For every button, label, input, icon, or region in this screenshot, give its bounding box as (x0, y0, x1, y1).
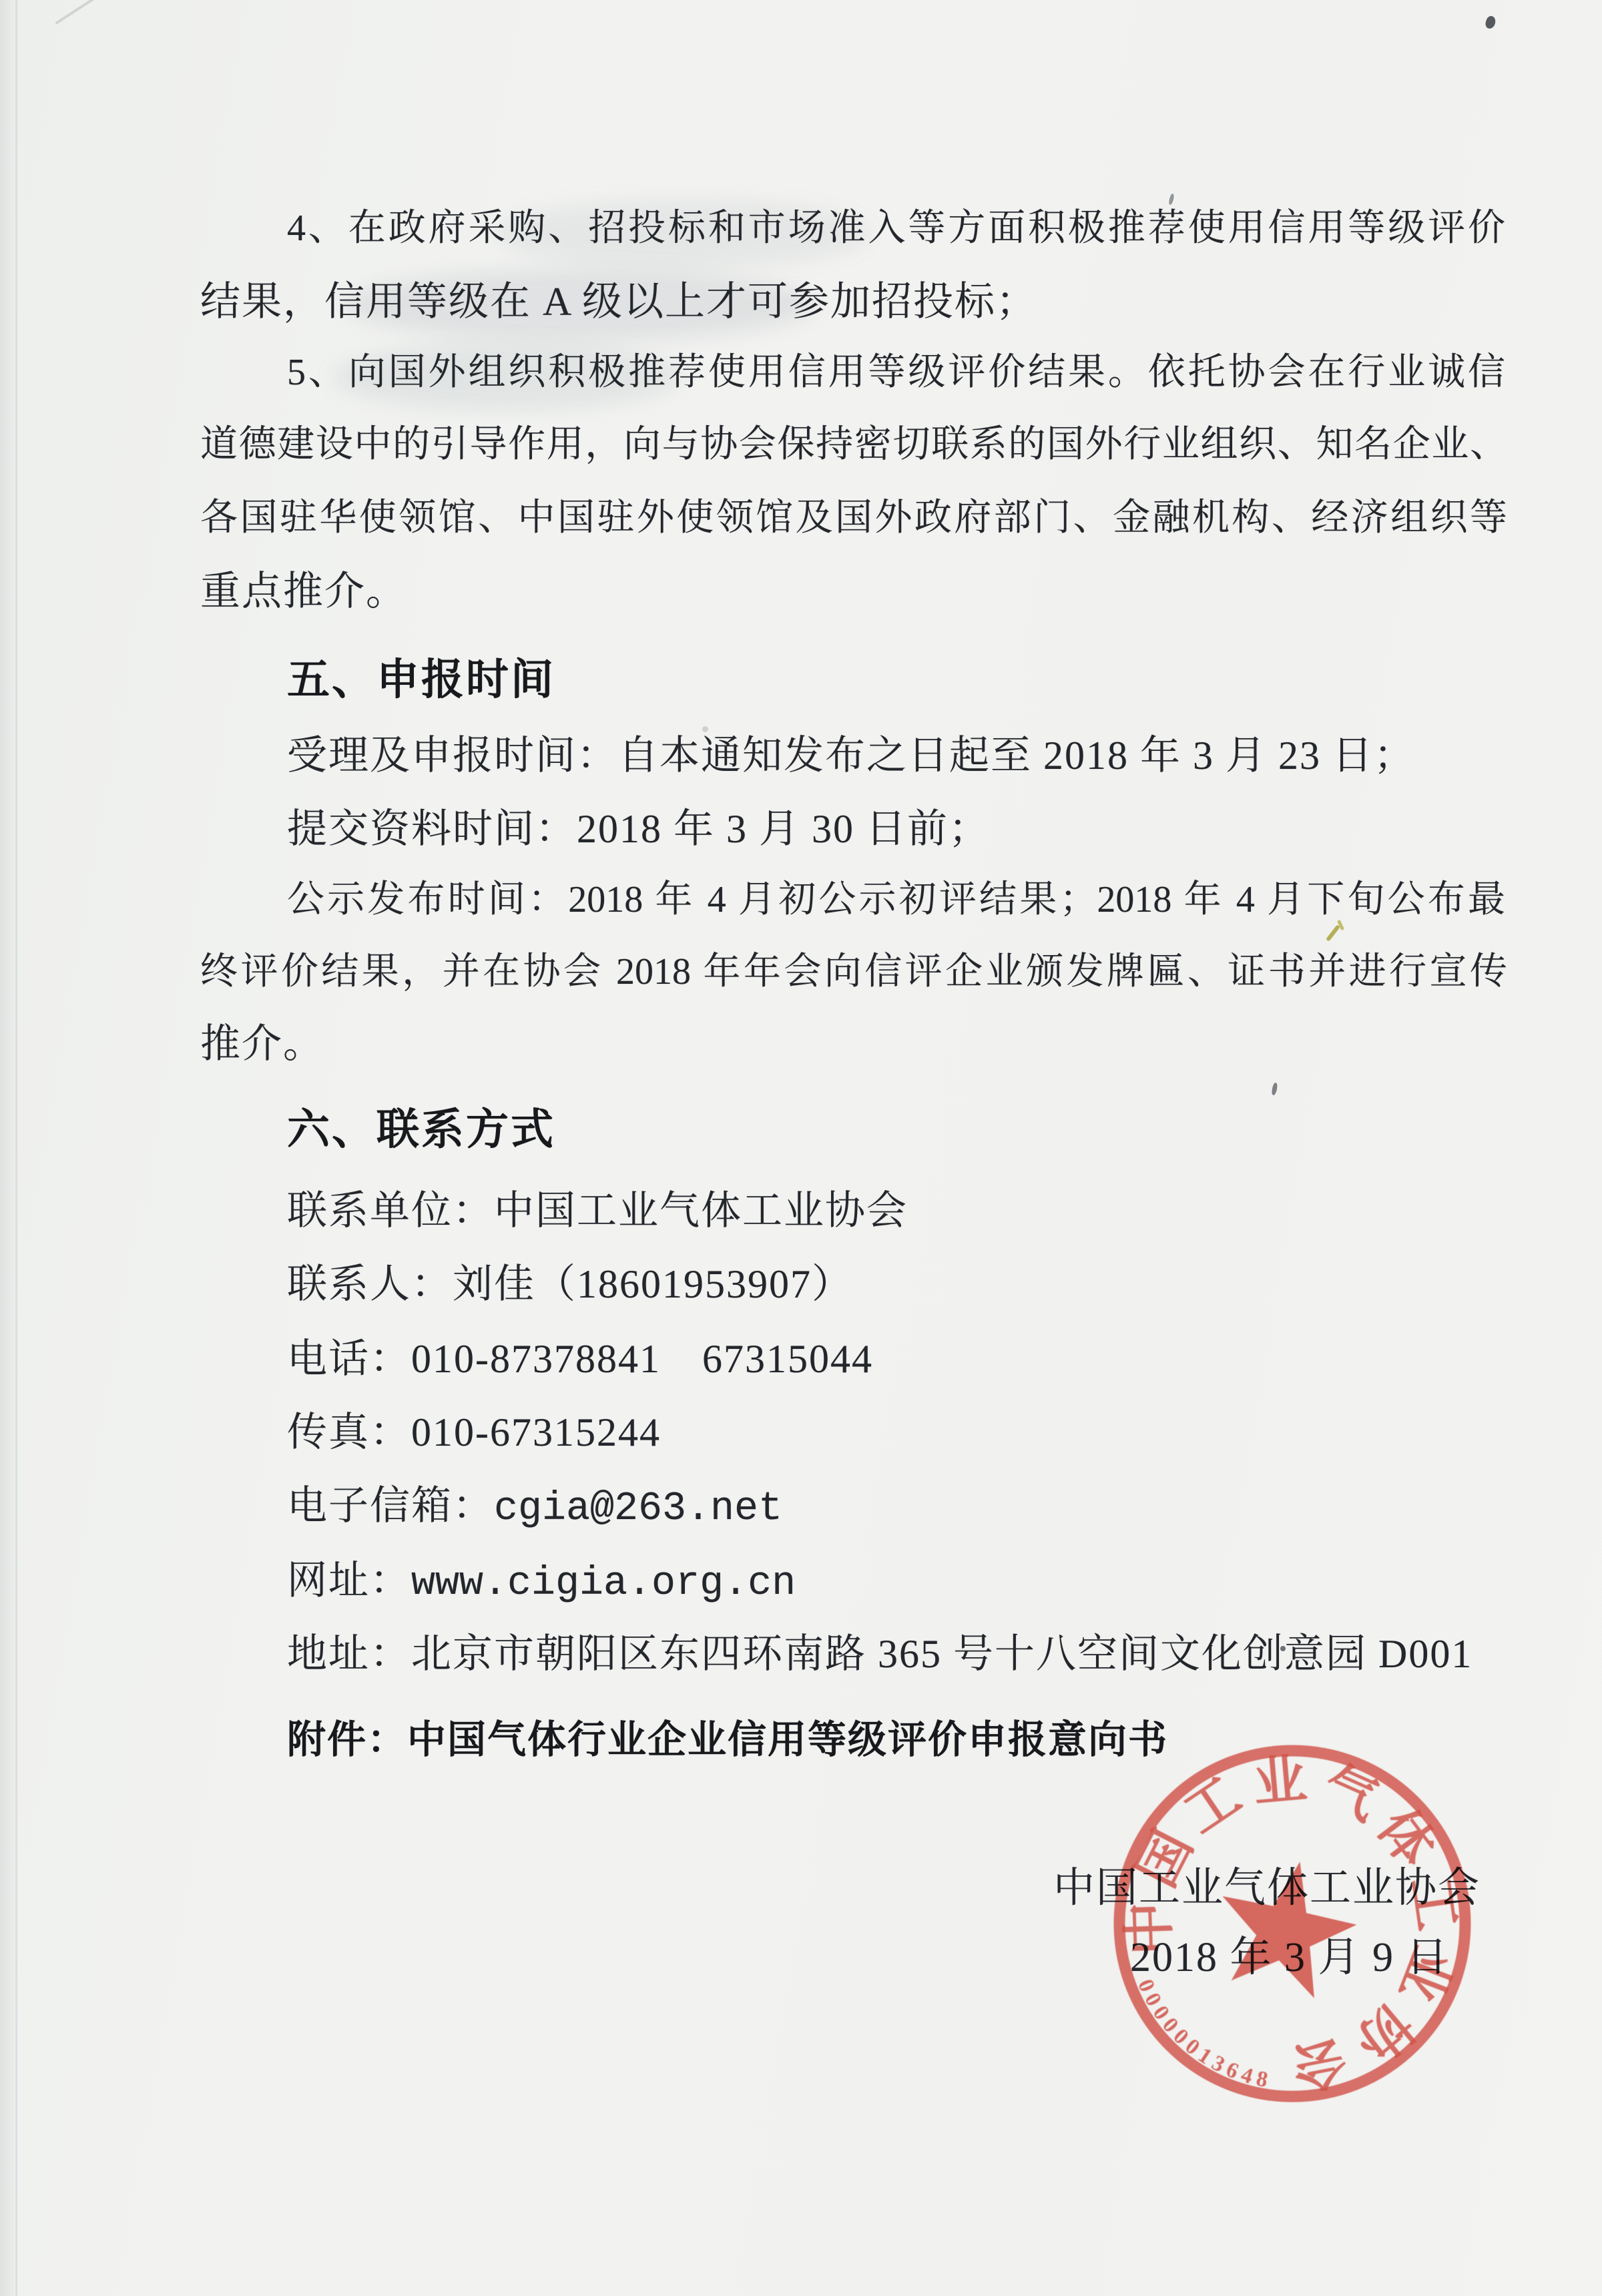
section5-line2: 提交资料时间：2018 年 3 月 30 日前； (287, 806, 990, 852)
contact-address: 地址：北京市朝阳区东四环南路 365 号十八空间文化创意园 D001 (287, 1631, 1473, 1677)
scan-edge-line (15, 0, 17, 2296)
contact-phone: 电话：010-87378841 67315044 (287, 1336, 873, 1382)
scan-speck (1484, 15, 1497, 30)
contact-fax: 传真：010-67315244 (287, 1410, 661, 1456)
svg-text:0: 0 (1180, 2034, 1204, 2060)
scan-yellow-mark (1326, 924, 1340, 942)
scan-corner-mark (55, 0, 96, 25)
svg-text:0: 0 (1157, 2013, 1183, 2037)
contact-email: 电子信箱：cgia@263.net (287, 1483, 782, 1532)
svg-text:协: 协 (1343, 1993, 1423, 2074)
stamp-ring (1119, 1751, 1465, 2096)
contact-website-label: 网址： (287, 1558, 411, 1603)
contact-fax-value: 010-67315244 (411, 1410, 661, 1454)
scan-speck (1168, 194, 1175, 206)
svg-text:工: 工 (1174, 1767, 1252, 1845)
contact-email-label: 电子信箱： (287, 1484, 494, 1528)
svg-text:0: 0 (1148, 2002, 1174, 2024)
contact-website: 网址：www.cigia.org.cn (287, 1558, 796, 1607)
svg-text:6: 6 (1223, 2058, 1242, 2084)
section5-line3: 公示发布时间：2018 年 4 月初公示初评结果；2018 年 4 月下旬公布最 (287, 878, 1505, 921)
contact-email-value: cgia@263.net (494, 1486, 782, 1532)
contact-person: 联系人：刘佳（18601953907） (287, 1261, 853, 1308)
section5-line1: 受理及申报时间：自本通知发布之日起至 2018 年 3 月 23 日； (287, 733, 1415, 779)
contact-phone-value: 010-87378841 67315044 (411, 1337, 873, 1381)
scan-edge-left (0, 0, 15, 2296)
contact-unit-label: 联系单位： (287, 1189, 494, 1233)
contact-website-value: www.cigia.org.cn (411, 1561, 796, 1607)
paragraph5-line4: 重点推介。 (200, 569, 407, 615)
paragraph5-line2: 道德建设中的引导作用，向与协会保持密切联系的国外行业组织、知名企业、 (200, 423, 1507, 466)
signature-date: 2018 年 3 月 9 日 (1130, 1934, 1449, 1982)
contact-unit-value: 中国工业气体工业协会 (494, 1189, 908, 1233)
contact-address-label: 地址： (287, 1632, 411, 1676)
svg-text:3: 3 (1208, 2051, 1228, 2078)
paragraph5-line3: 各国驻华使领馆、中国驻外使领馆及国外政府部门、金融机构、经济组织等 (200, 497, 1507, 539)
section5-line5: 推介。 (200, 1021, 324, 1067)
contact-person-label: 联系人： (287, 1262, 453, 1306)
svg-text:业: 业 (1251, 1750, 1309, 1813)
svg-text:气: 气 (1314, 1756, 1386, 1831)
svg-text:0: 0 (1168, 2024, 1193, 2049)
contact-unit: 联系单位：中国工业气体工业协会 (287, 1188, 908, 1234)
section5-line4: 终评价结果，并在协会 2018 年年会向信评企业颁发牌匾、证书并进行宣传 (200, 950, 1507, 993)
svg-text:0: 0 (1139, 1989, 1166, 2010)
contact-fax-label: 传真： (287, 1410, 411, 1454)
contact-person-value: 刘佳（18601953907） (453, 1262, 853, 1306)
section5-heading: 五、申报时间 (287, 655, 555, 705)
attachment-line: 附件：中国气体行业企业信用等级评价申报意向书 (287, 1718, 1168, 1763)
contact-address-value: 北京市朝阳区东四环南路 365 号十八空间文化创意园 D001 (411, 1632, 1473, 1676)
svg-text:8: 8 (1254, 2066, 1270, 2092)
scan-speck (1271, 1082, 1278, 1095)
svg-text:4: 4 (1238, 2062, 1256, 2088)
contact-phone-label: 电话： (287, 1337, 411, 1381)
paragraph4-line1: 4、在政府采购、招投标和市场准入等方面积极推荐使用信用等级评价 (287, 207, 1505, 250)
svg-text:会: 会 (1288, 2029, 1351, 2097)
signature-org: 中国工业气体工业协会 (1053, 1865, 1481, 1912)
paragraph4-line2: 结果，信用等级在 A 级以上才可参加招投标； (200, 279, 1037, 325)
scan-speck (702, 726, 708, 732)
stamp-serial-number: 00000013648 (1133, 1976, 1270, 2092)
paragraph5-line1: 5、向国外组织积极推荐使用信用等级评价结果。依托协会在行业诚信 (287, 351, 1505, 394)
svg-text:1: 1 (1193, 2043, 1216, 2069)
scanned-document-page: 4、在政府采购、招投标和市场准入等方面积极推荐使用信用等级评价 结果，信用等级在… (0, 0, 1602, 2296)
section6-heading: 六、联系方式 (287, 1105, 555, 1155)
official-stamp: 中国工业气体工业协会 00000013648 (1099, 1730, 1486, 2117)
stamp-circle-text: 中国工业气体工业协会 (1120, 1750, 1466, 2096)
